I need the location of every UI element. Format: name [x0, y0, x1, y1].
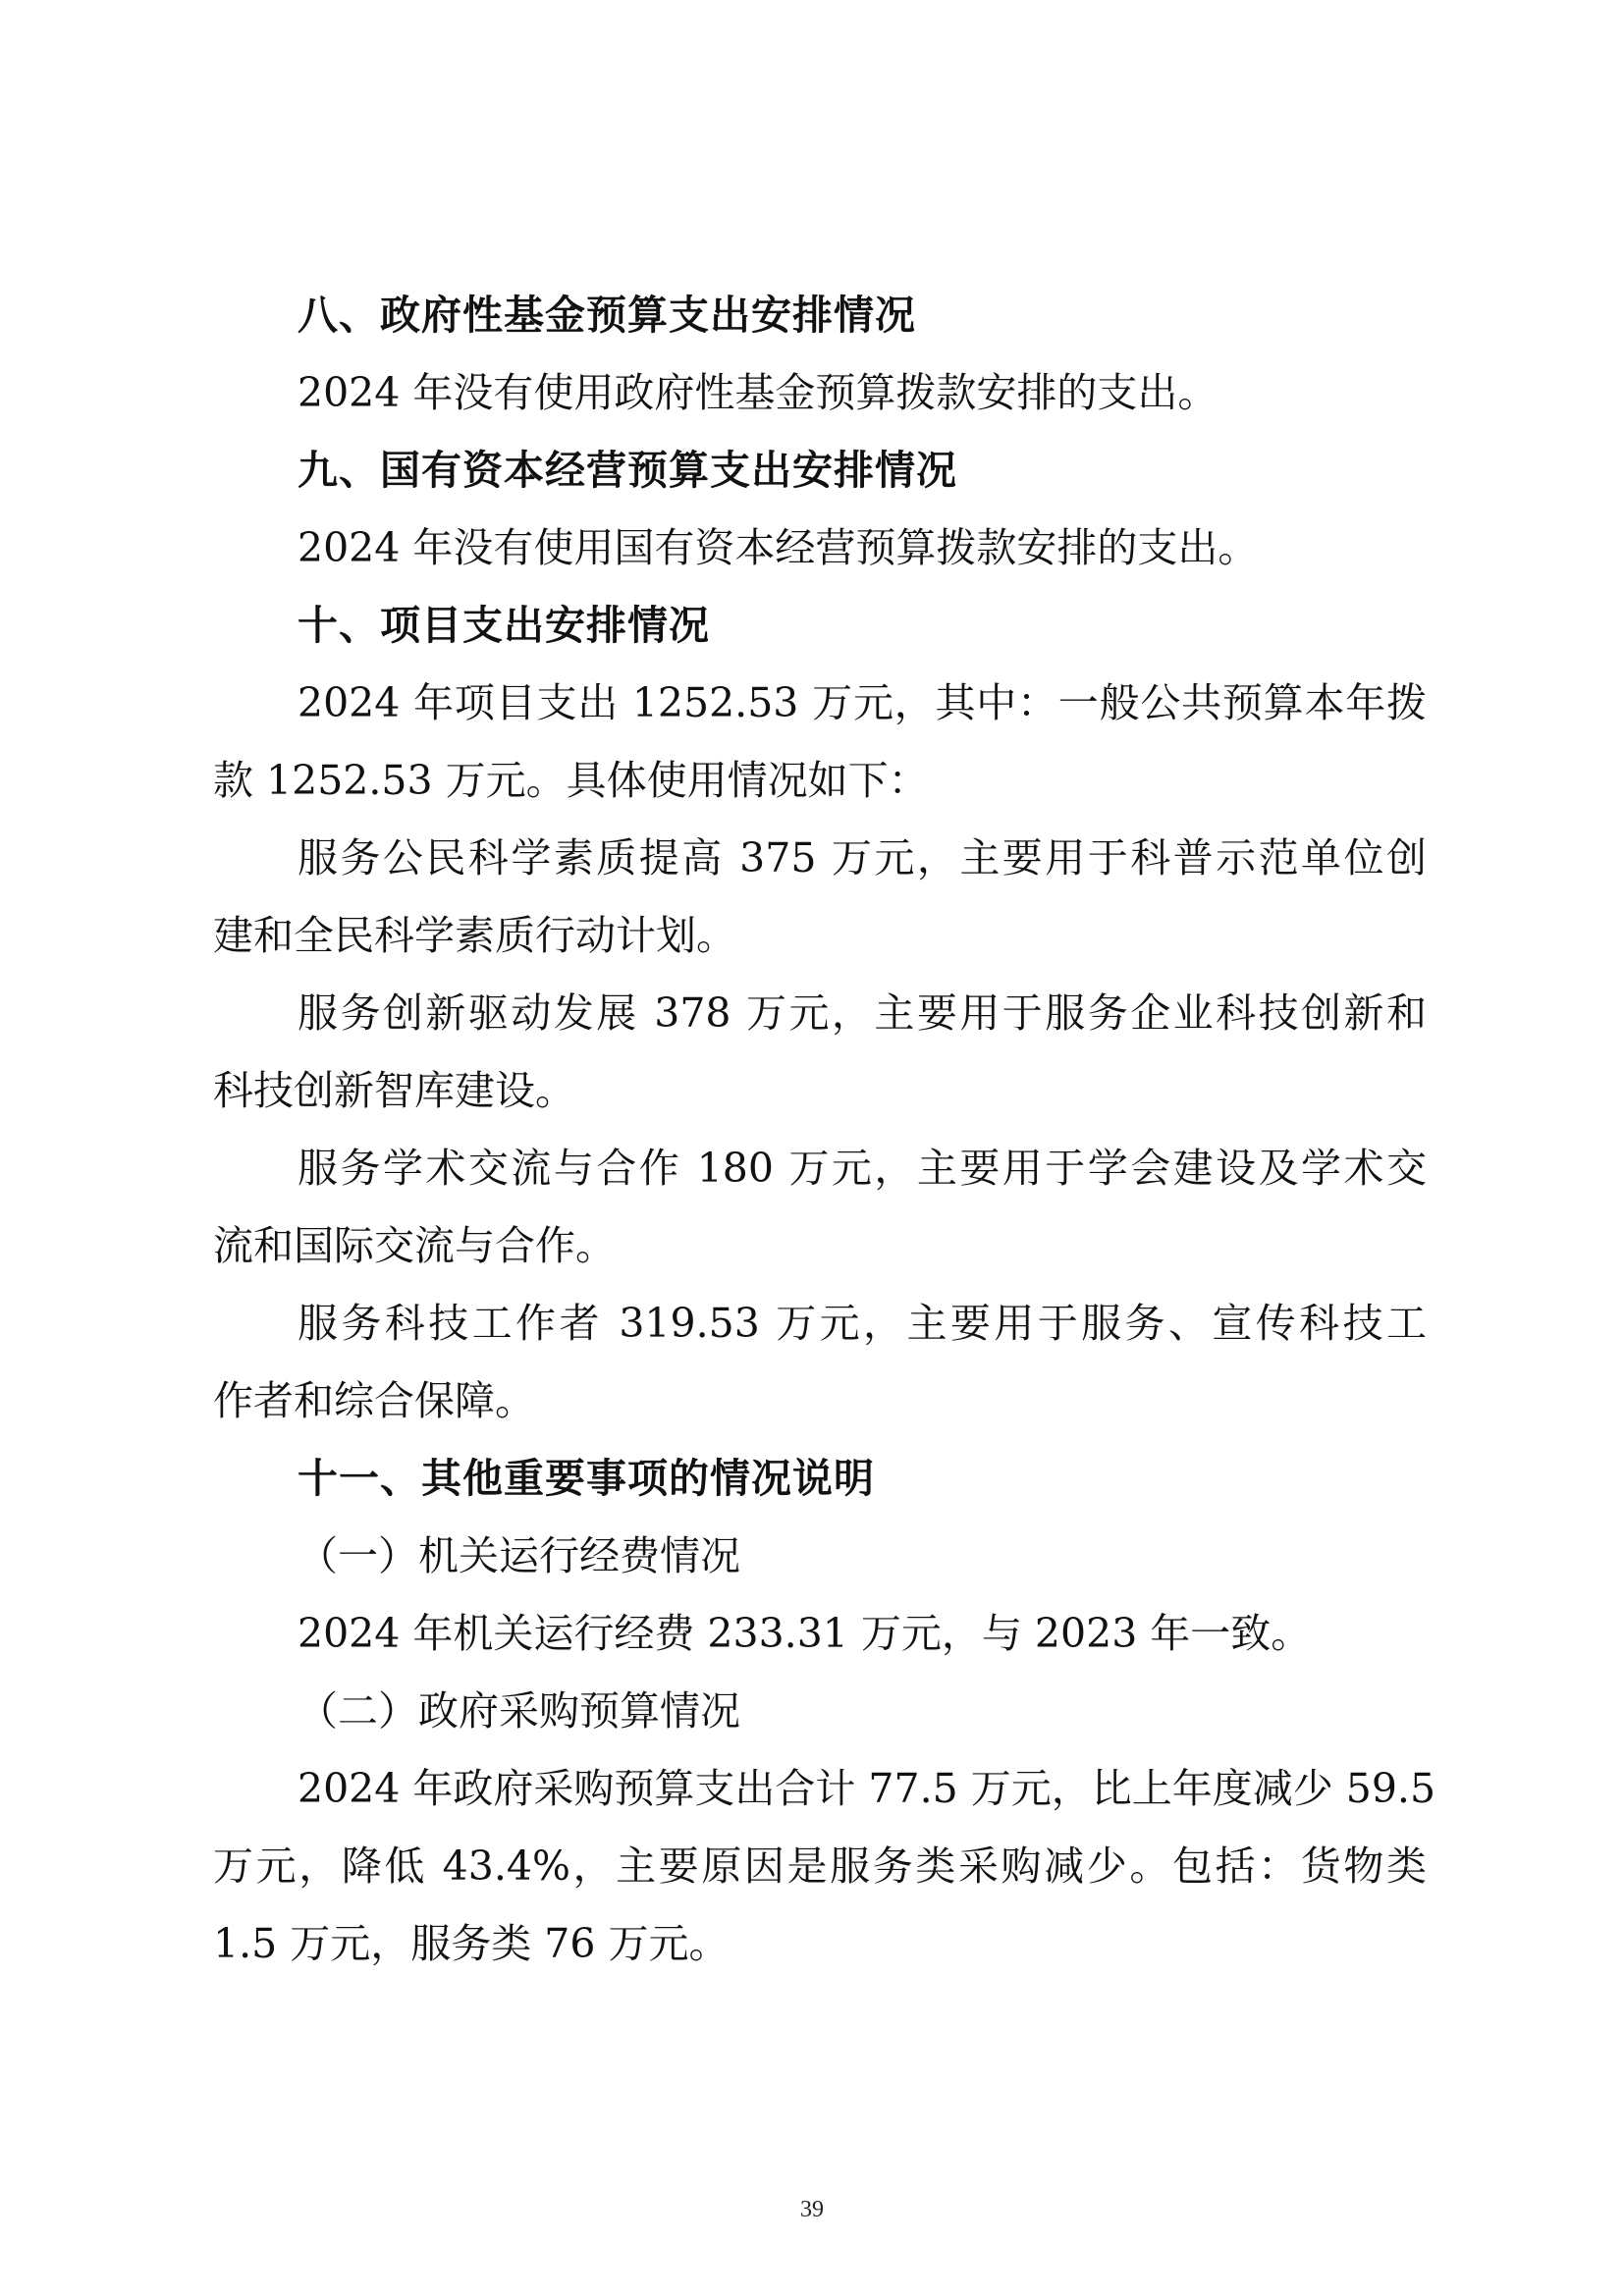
section-heading-10: 十、项目支出安排情况: [213, 587, 1427, 665]
paragraph-line: 款 1252.53 万元。具体使用情况如下：: [213, 742, 1427, 820]
subsection-title: （二）政府采购预算情况: [213, 1673, 1427, 1750]
paragraph-line: 万元，降低 43.4%，主要原因是服务类采购减少。包括：货物类: [213, 1828, 1427, 1905]
subsection-title: （一）机关运行经费情况: [213, 1518, 1427, 1595]
paragraph-line: 建和全民科学素质行动计划。: [213, 897, 1427, 975]
paragraph-line: 服务学术交流与合作 180 万元，主要用于学会建设及学术交: [213, 1130, 1427, 1207]
paragraph-line: 服务创新驱动发展 378 万元，主要用于服务企业科技创新和: [213, 975, 1427, 1052]
paragraph-line: 作者和综合保障。: [213, 1362, 1427, 1440]
page-number: 39: [0, 2197, 1624, 2223]
paragraph-line: 服务公民科学素质提高 375 万元，主要用于科普示范单位创: [213, 820, 1427, 897]
section-heading-11: 十一、其他重要事项的情况说明: [213, 1440, 1427, 1518]
section-heading-9: 九、国有资本经营预算支出安排情况: [213, 432, 1427, 509]
paragraph-line: 2024 年没有使用国有资本经营预算拨款安排的支出。: [213, 509, 1427, 587]
paragraph-line: 科技创新智库建设。: [213, 1052, 1427, 1130]
paragraph-line: 2024 年没有使用政府性基金预算拨款安排的支出。: [213, 354, 1427, 432]
paragraph-line: 2024 年项目支出 1252.53 万元，其中：一般公共预算本年拨: [213, 665, 1427, 742]
paragraph-line: 流和国际交流与合作。: [213, 1207, 1427, 1285]
document-page: 八、政府性基金预算支出安排情况 2024 年没有使用政府性基金预算拨款安排的支出…: [0, 0, 1624, 2296]
section-heading-8: 八、政府性基金预算支出安排情况: [213, 277, 1427, 354]
paragraph-line: 服务科技工作者 319.53 万元，主要用于服务、宣传科技工: [213, 1285, 1427, 1362]
paragraph-line: 2024 年机关运行经费 233.31 万元，与 2023 年一致。: [213, 1595, 1427, 1673]
paragraph-line: 1.5 万元，服务类 76 万元。: [213, 1905, 1427, 1983]
document-body: 八、政府性基金预算支出安排情况 2024 年没有使用政府性基金预算拨款安排的支出…: [213, 277, 1427, 1983]
paragraph-line: 2024 年政府采购预算支出合计 77.5 万元，比上年度减少 59.5: [213, 1750, 1427, 1828]
